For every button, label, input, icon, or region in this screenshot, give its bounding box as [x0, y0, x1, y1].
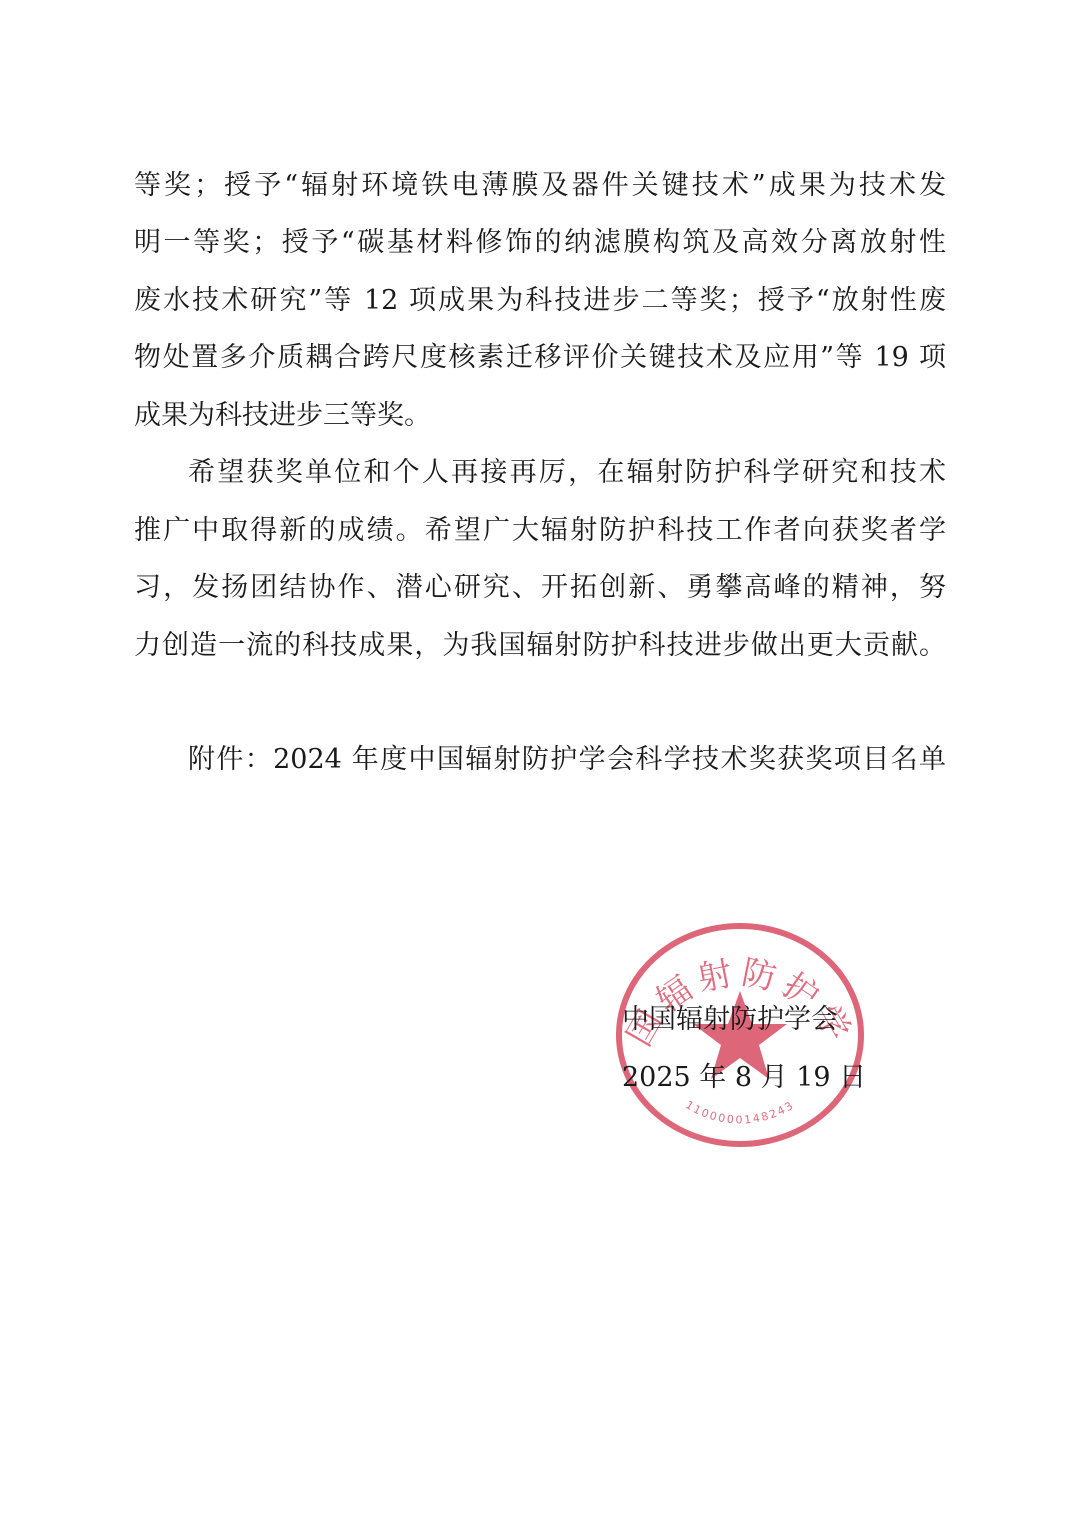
text-line: 物处置多介质耦合跨尺度核素迁移评价关键技术及应用”等 19 项: [134, 338, 946, 378]
text-line: 力创造一流的科技成果，为我国辐射防护科技进步做出更大贡献。: [134, 626, 946, 666]
text-line: 成果为科技进步三等奖。: [134, 396, 946, 436]
seal-number: 1100000148243: [683, 1098, 797, 1126]
text-line: 希望获奖单位和个人再接再厉，在辐射防护科学研究和技术: [188, 453, 946, 493]
text-line: 习，发扬团结协作、潜心研究、开拓创新、勇攀高峰的精神，努: [134, 568, 946, 608]
svg-text:1100000148243: 1100000148243: [683, 1098, 797, 1126]
text-line: 明一等奖；授予“碳基材料修饰的纳滤膜构筑及高效分离放射性: [134, 223, 946, 263]
text-line: 等奖；授予“辐射环境铁电薄膜及器件关键技术”成果为技术发: [134, 166, 946, 206]
text-line: 废水技术研究”等 12 项成果为科技进步二等奖；授予“放射性废: [134, 281, 946, 321]
attachment-note: 附件：2024 年度中国辐射防护学会科学技术奖获奖项目名单: [188, 740, 946, 780]
signature-organization: 中国辐射防护学会: [622, 1002, 838, 1038]
signature-date: 2025 年 8 月 19 日: [622, 1060, 866, 1096]
text-line: 推广中取得新的成绩。希望广大辐射防护科技工作者向获奖者学: [134, 511, 946, 551]
